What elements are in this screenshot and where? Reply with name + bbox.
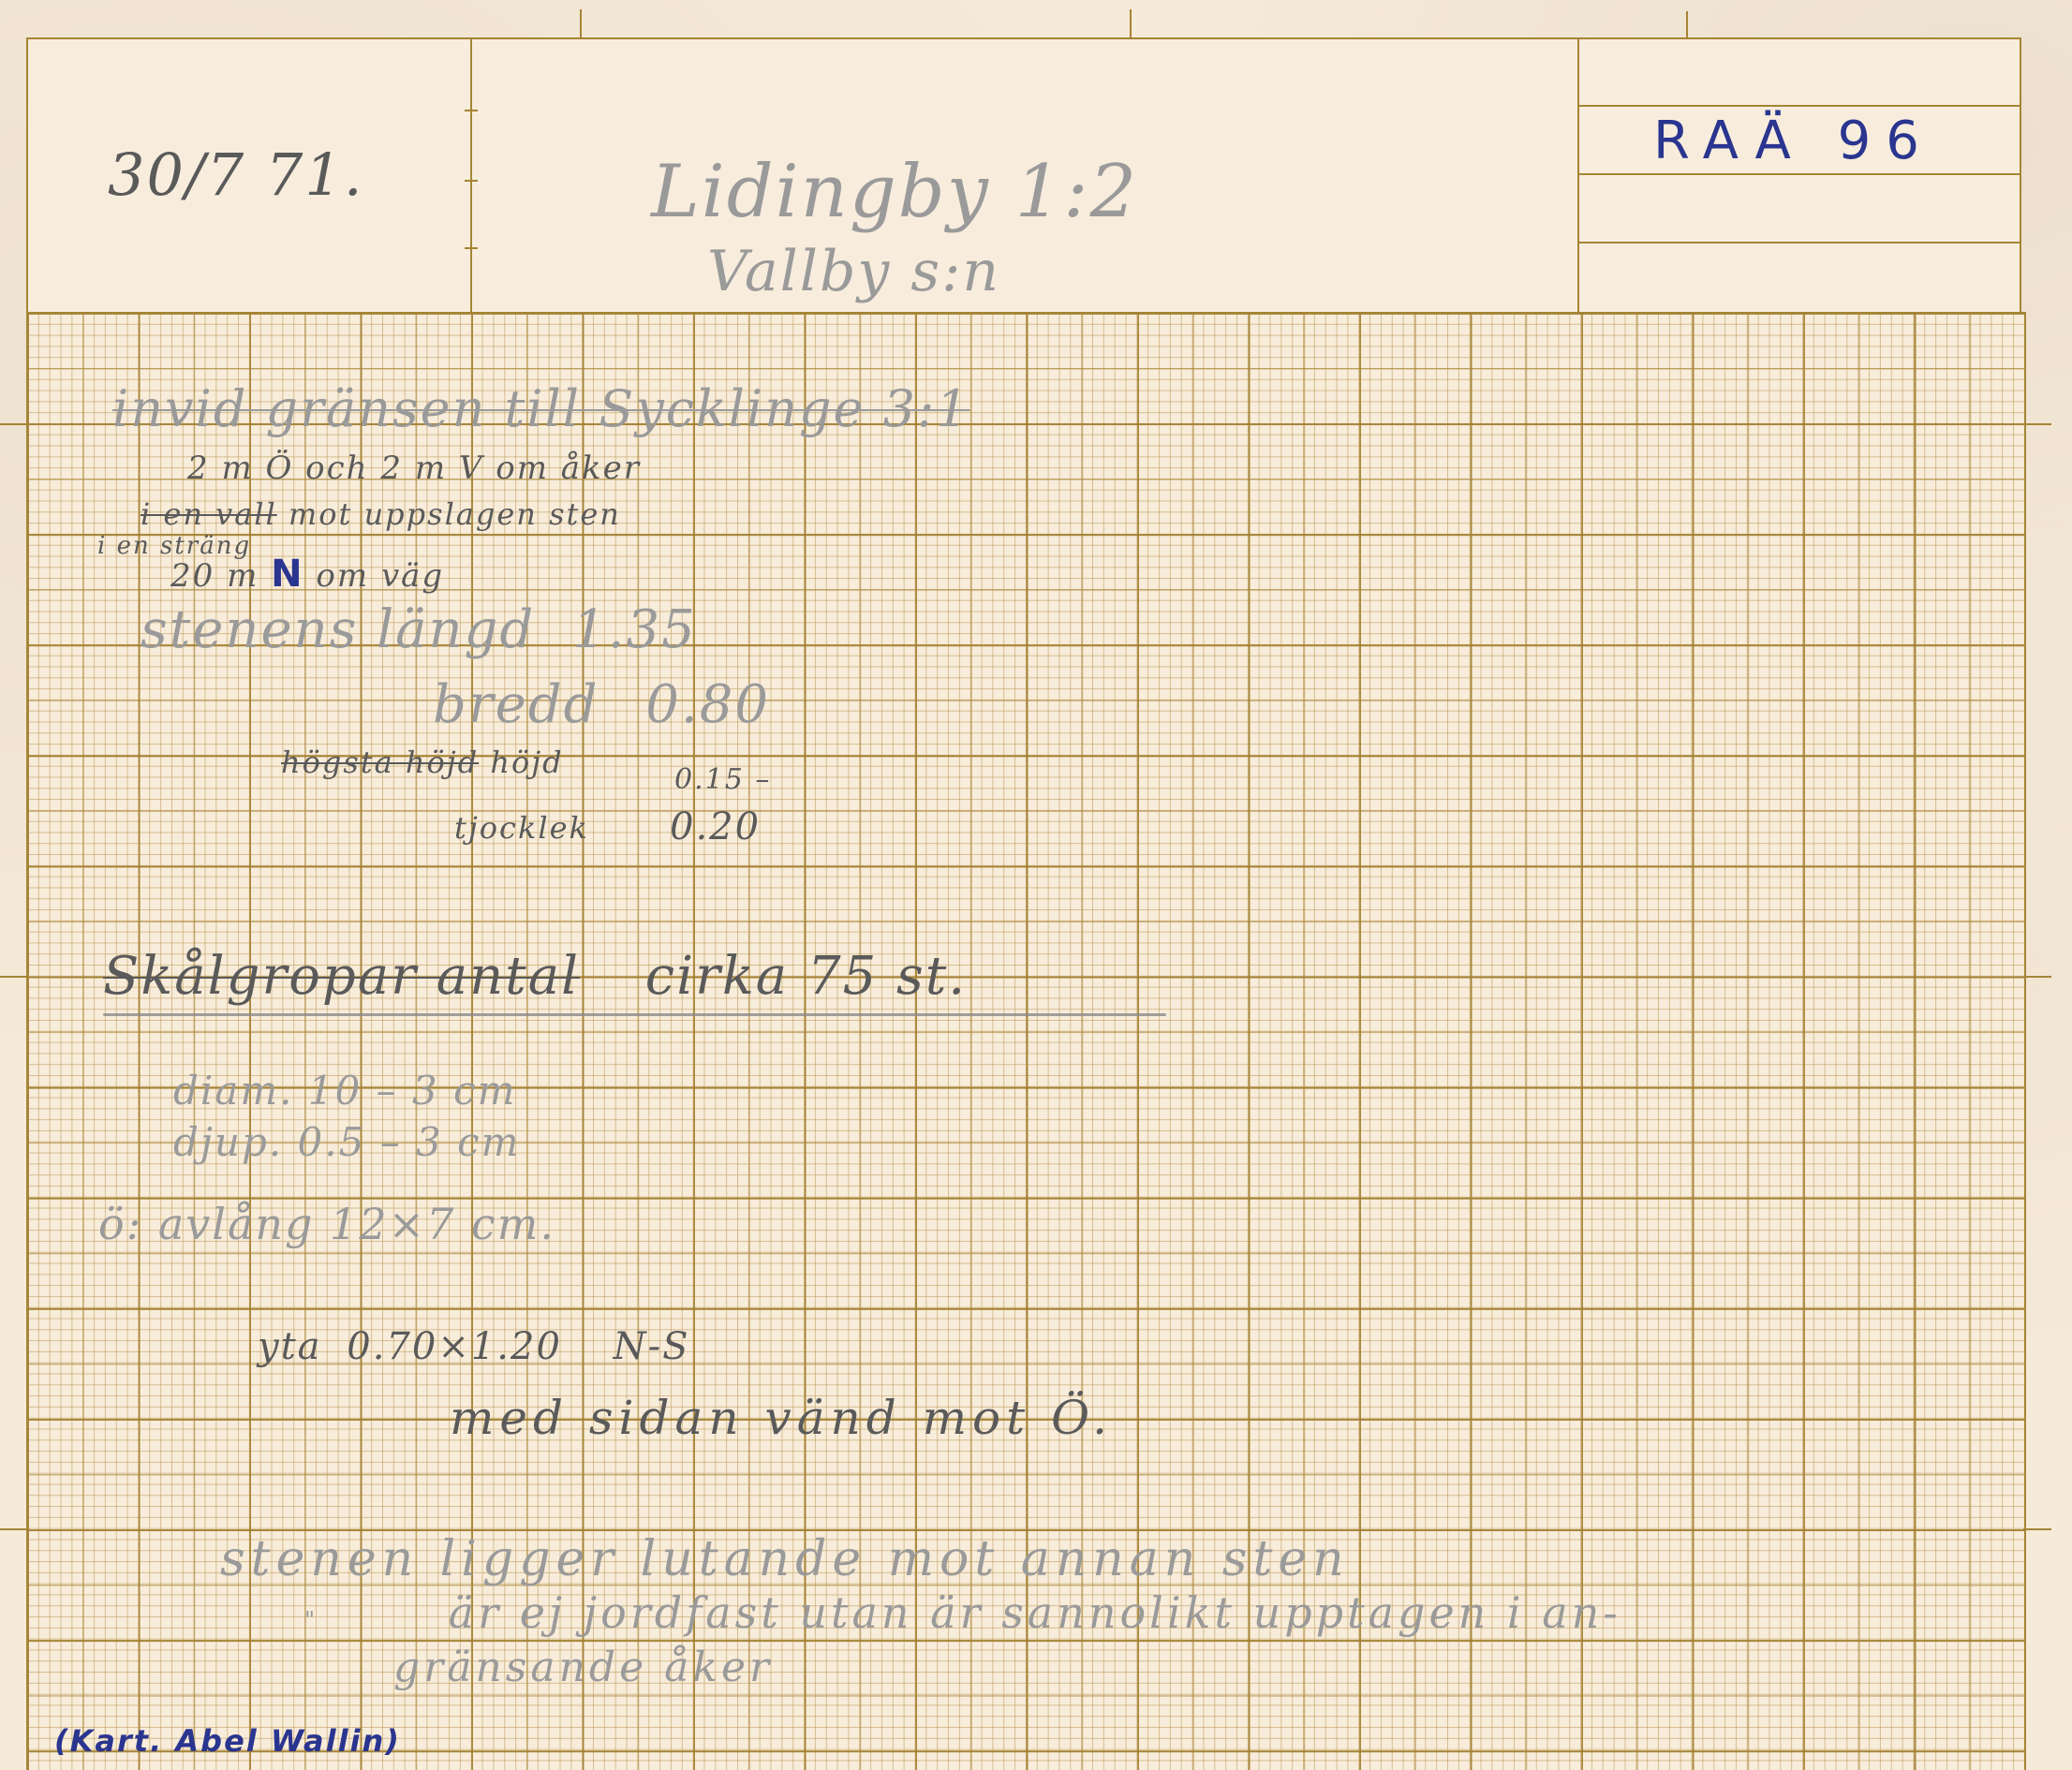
struck-text: i en vall [141,496,277,532]
note-remark-1: stenen ligger lutande mot annan sten [220,1531,1350,1587]
height-label: höjd [490,745,563,780]
distance-2-prefix: 20 m [170,557,259,595]
date-field: 30/7 71. [108,140,364,209]
cupmarks-label: Skålgropar antal [103,946,580,1007]
right-tick [2023,1528,2051,1530]
note-remark-3: gränsande åker [393,1644,773,1691]
note-facing: med sidan vänd mot Ö. [450,1391,1113,1445]
surface-value: 0.70×1.20 [347,1325,562,1368]
divider-tick [465,247,478,249]
width-label: bredd [433,674,599,735]
top-tick-2 [1130,9,1132,37]
note-cupmarks: Skålgropar antal cirka 75 st. [103,946,967,1007]
top-tick-1 [580,9,582,37]
note-oval: ö: avlång 12×7 cm. [98,1199,555,1249]
note-surface: yta 0.70×1.20 N-S [258,1325,690,1368]
remark-2-text: är ej jordfast utan är sannolikt upptage… [449,1587,1621,1638]
note-length: stenens längd 1.35 [141,599,697,660]
location-text: invid gränsen till Sycklinge 3:1 [112,379,970,438]
place-name: Lidingby 1:2 [651,150,1138,234]
left-tick [0,976,28,978]
parish-name: Vallby s:n [707,239,1000,304]
width-value: 0.80 [645,674,770,735]
note-diameter: diam. 10 – 3 cm [173,1068,516,1114]
cupmarks-count: cirka 75 st. [645,946,967,1007]
thickness-value: 0.20 [670,805,761,848]
ref-row-line-2 [1577,173,2021,175]
note-thickness: tjocklek [454,810,589,846]
note-location: invid gränsen till Sycklinge 3:1 [112,379,970,438]
left-tick [0,423,28,425]
signature: (Kart. Abel Wallin) [54,1723,401,1759]
north-marker: N [271,553,303,596]
surface-orientation: N-S [614,1325,690,1368]
divider-tick [465,180,478,182]
right-tick [2023,976,2051,978]
ditto-mark: " [304,1607,318,1633]
height-struck: högsta höjd [281,745,479,780]
height-value: 0.15 – [674,763,771,796]
surface-label: yta [258,1325,322,1368]
note-distance-2: 20 m N om väg [170,553,444,596]
note-height: högsta höjd höjd [281,745,564,780]
header-divider-right [1577,39,1579,312]
length-label: stenens längd [141,599,535,660]
distance-2-suffix: om väg [316,557,444,595]
note-line-3: i en vall mot uppslagen sten [141,496,621,532]
note-distance-1: 2 m Ö och 2 m V om åker [187,450,641,487]
cupmarks-underline [103,1013,1166,1016]
top-tick-3 [1686,11,1688,37]
ref-row-line-1 [1577,105,2021,107]
note-width: bredd 0.80 [433,674,770,735]
note-remark-2: " är ej jordfast utan är sannolikt uppta… [304,1587,1621,1638]
divider-tick [465,110,478,111]
left-tick [0,1528,28,1530]
line3-rest: mot uppslagen sten [289,496,621,532]
header-divider-left [470,39,472,312]
note-depth: djup. 0.5 – 3 cm [173,1119,520,1165]
length-value: 1.35 [572,599,697,660]
right-tick [2023,423,2051,425]
registry-number: RAÄ 96 [1653,111,1934,171]
ref-row-line-3 [1577,242,2021,243]
thickness-label: tjocklek [454,810,589,846]
